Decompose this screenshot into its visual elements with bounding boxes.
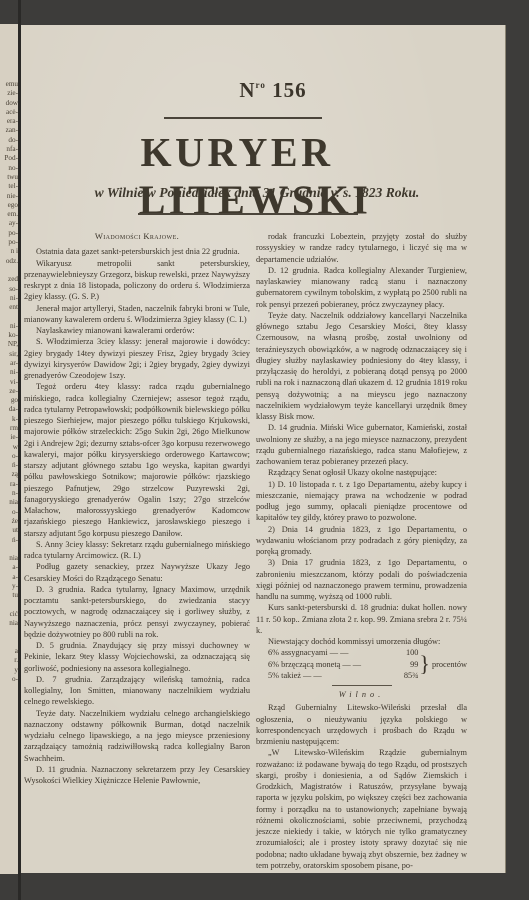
previous-page-fragment: ze- bbox=[0, 387, 20, 396]
previous-page-fragment: era- bbox=[0, 117, 20, 126]
masthead-rule-bottom bbox=[138, 213, 358, 215]
paragraph: 1) D. 10 listopada r. t. z 1go Departame… bbox=[256, 479, 467, 524]
previous-page-fragment: o- bbox=[0, 675, 20, 684]
previous-page-fragment: acė- bbox=[0, 108, 20, 117]
section-divider bbox=[332, 685, 392, 686]
section-title: Wiadomości Krajowe. bbox=[24, 231, 250, 242]
previous-page-fragment: nia bbox=[0, 498, 20, 507]
previous-page-fragment: Pod- bbox=[0, 154, 20, 163]
masthead-rule-top bbox=[164, 117, 322, 119]
paragraph: S. Anny 3ciey klassy: Sekretarz rządu gu… bbox=[24, 539, 250, 562]
paragraph: Tegoż orderu 4tey klassy: radca rządu gu… bbox=[24, 381, 250, 539]
previous-page-fragment: do- bbox=[0, 136, 20, 145]
debt-label: 6% assygnacyami — — bbox=[268, 647, 348, 658]
previous-page-fragment: nfa- bbox=[0, 145, 20, 154]
issue-number: Nro 156 bbox=[21, 78, 505, 103]
previous-page-fragment: k- bbox=[0, 415, 20, 424]
previous-page-fragment: ut bbox=[0, 526, 20, 535]
paragraph: „W Litewsko-Wileńskim Rządzie gubernialn… bbox=[256, 747, 467, 871]
previous-page-fragment: a- bbox=[0, 563, 20, 572]
paragraph: Rządzący Senat ogłosił Ukazy okolne nast… bbox=[256, 467, 467, 478]
previous-page-fragment: a bbox=[0, 647, 20, 656]
previous-page-fragment: twu bbox=[0, 173, 20, 182]
paragraph: Podług gazety senackiey, przez Naywyższe… bbox=[24, 561, 250, 584]
brace-symbol: } bbox=[419, 654, 430, 674]
previous-page-fragment: no- bbox=[0, 164, 20, 173]
newspaper-page: Nro 156 KURYERLITEWSKI w Wilnie w Ponied… bbox=[21, 25, 506, 873]
previous-page-fragment bbox=[0, 266, 20, 275]
paragraph: D. 14 grudnia. Miński Wice gubernator, K… bbox=[256, 422, 467, 467]
previous-page-fragment: zą bbox=[0, 470, 20, 479]
number-value: 156 bbox=[272, 78, 307, 102]
previous-page-fragment: zan- bbox=[0, 126, 20, 135]
number-prefix: N bbox=[239, 78, 255, 102]
previous-page-fragment: ego bbox=[0, 201, 20, 210]
previous-page-fragment: źe bbox=[0, 517, 20, 526]
paragraph: Naylaskawiey mianowani kawalerami orderó… bbox=[24, 325, 250, 336]
previous-page-fragment: go bbox=[0, 396, 20, 405]
previous-page-fragment: o- bbox=[0, 508, 20, 517]
previous-page-fragment: vi- bbox=[0, 378, 20, 387]
previous-page-fragment: da- bbox=[0, 405, 20, 414]
previous-page-fragment bbox=[0, 312, 20, 321]
previous-page-fragment: ni- bbox=[0, 322, 20, 331]
previous-page-fragment: zed bbox=[0, 275, 20, 284]
paragraph: Ostatnia data gazet sankt-petersburskich… bbox=[24, 246, 250, 257]
dateline: w Wilnie w Poniedziałek dnia 31 Grudnia … bbox=[21, 185, 477, 201]
paragraph: Teyże daty. Naczelnikiem wydziału celneg… bbox=[24, 708, 250, 764]
paragraph: S. Włodzimierza 3ciey klassy: jenerał ma… bbox=[24, 336, 250, 381]
previous-page-fragment: zie- bbox=[0, 89, 20, 98]
number-suffix: ro bbox=[256, 80, 266, 90]
previous-page-fragment: n i bbox=[0, 247, 20, 256]
previous-page-fragment: nia bbox=[0, 554, 20, 563]
previous-page-fragment: o- bbox=[0, 452, 20, 461]
paragraph: D. 3 grudnia. Radca tytularny, Ignacy Ma… bbox=[24, 584, 250, 640]
paragraph: Kurs sankt-petersburski d. 18 grudnia: d… bbox=[256, 602, 467, 636]
paragraph: D. 12 grudnia. Radca kollegialny Alexand… bbox=[256, 265, 467, 310]
previous-page-fragment: nia bbox=[0, 619, 20, 628]
debt-unit: procentów bbox=[432, 659, 467, 670]
previous-page-fragment: ko- bbox=[0, 331, 20, 340]
paragraph: D. 11 grudnia. Naznaczony sekretarzem pr… bbox=[24, 764, 250, 787]
previous-page-fragment: odz. bbox=[0, 257, 20, 266]
previous-page-fragment: cić bbox=[0, 610, 20, 619]
previous-page-fragment: rm bbox=[0, 424, 20, 433]
debt-row: 6% brzęczącą monetą — —99 bbox=[256, 659, 418, 670]
previous-page-fragment bbox=[0, 629, 20, 638]
paragraph: D. 5 grudnia. Znaydujący się przy missyi… bbox=[24, 640, 250, 674]
previous-page-fragment: dow bbox=[0, 99, 20, 108]
previous-page-fragment: emu bbox=[0, 80, 20, 89]
debt-value: 100 bbox=[406, 647, 418, 658]
previous-page-text-fragments: emuzie-dowacė-era-zan-do-nfa-Pod-no-twut… bbox=[0, 24, 20, 684]
paragraph: Teyże daty. Naczelnik oddziałowy kancell… bbox=[256, 310, 467, 423]
paragraph: 2) Dnia 14 grudnia 1823, z 1go Departame… bbox=[256, 524, 467, 558]
debt-table: 6% assygnacyami — —1006% brzęczącą monet… bbox=[256, 647, 467, 681]
debt-label: 6% brzęczącą monetą — — bbox=[268, 659, 361, 670]
previous-page-fragment: r. bbox=[0, 656, 20, 665]
previous-page-fragment: ie- bbox=[0, 433, 20, 442]
newspaper-title: KURYERLITEWSKI bbox=[35, 128, 475, 224]
debt-value: 85¾ bbox=[404, 670, 419, 681]
debt-label: 5% takież — — bbox=[268, 670, 322, 681]
left-column: Wiadomości Krajowe. Ostatnia data gazet … bbox=[24, 231, 250, 786]
right-column: rodak francuzki Lobeztein, przyjęty zost… bbox=[256, 231, 467, 871]
left-column-paragraphs: Ostatnia data gazet sankt-petersburskich… bbox=[24, 246, 250, 786]
paragraph: D. 7 grudnia. Zarządzający wileńską tamo… bbox=[24, 674, 250, 708]
previous-page-fragment: sir, bbox=[0, 350, 20, 359]
previous-page-fragment: em. bbox=[0, 210, 20, 219]
previous-page-fragment: ni- bbox=[0, 368, 20, 377]
paragraph: rodak francuzki Lobeztein, przyjęty zost… bbox=[256, 231, 467, 265]
wilno-heading: Wilno. bbox=[256, 689, 467, 700]
debt-row: 6% assygnacyami — —100 bbox=[256, 647, 418, 658]
previous-page-fragment: tu bbox=[0, 591, 20, 600]
paragraph: 3) Dnia 17 grudnia 1823, z 1go Departame… bbox=[256, 557, 467, 602]
previous-page-fragment: n- bbox=[0, 489, 20, 498]
previous-page-fragment bbox=[0, 545, 20, 554]
right-column-paragraphs: rodak francuzki Lobeztein, przyjęty zost… bbox=[256, 231, 467, 647]
paragraph: Rząd Gubernialny Litewsko-Wileński przes… bbox=[256, 702, 467, 747]
paragraph: Wikaryusz metropolii sankt petersburskie… bbox=[24, 258, 250, 303]
previous-page-fragment: ent bbox=[0, 303, 20, 312]
wilno-paragraphs: Rząd Gubernialny Litewsko-Wileński przes… bbox=[256, 702, 467, 871]
previous-page-fragment: ń- bbox=[0, 536, 20, 545]
previous-page-fragment: po- bbox=[0, 238, 20, 247]
previous-page-fragment bbox=[0, 638, 20, 647]
previous-page-fragment: tel- bbox=[0, 182, 20, 191]
title-word-1: KURYER bbox=[141, 129, 334, 175]
previous-page-fragment: ar- bbox=[0, 359, 20, 368]
previous-page-fragment: ni- bbox=[0, 294, 20, 303]
previous-page-fragment: po- bbox=[0, 229, 20, 238]
previous-page-fragment: nie- bbox=[0, 192, 20, 201]
previous-page-fragment: y- bbox=[0, 582, 20, 591]
previous-page-fragment: w bbox=[0, 443, 20, 452]
debt-rows: 6% assygnacyami — —1006% brzęczącą monet… bbox=[256, 647, 418, 681]
debt-value: 99 bbox=[410, 659, 418, 670]
previous-page-fragment: a- bbox=[0, 573, 20, 582]
paragraph: Niewstający dochód kommissyi umorzenia d… bbox=[256, 636, 467, 647]
debt-row: 5% takież — —85¾ bbox=[256, 670, 418, 681]
previous-page-fragment: so- bbox=[0, 285, 20, 294]
paragraph: Jenerał major artylleryi, Staden, naczel… bbox=[24, 303, 250, 326]
previous-page-fragment: ay- bbox=[0, 219, 20, 228]
previous-page-fragment: ń- bbox=[0, 461, 20, 470]
previous-page-fragment: NP, bbox=[0, 340, 20, 349]
previous-page-fragment bbox=[0, 601, 20, 610]
previous-page-fragment: ra- bbox=[0, 480, 20, 489]
previous-page-fragment: y bbox=[0, 666, 20, 675]
